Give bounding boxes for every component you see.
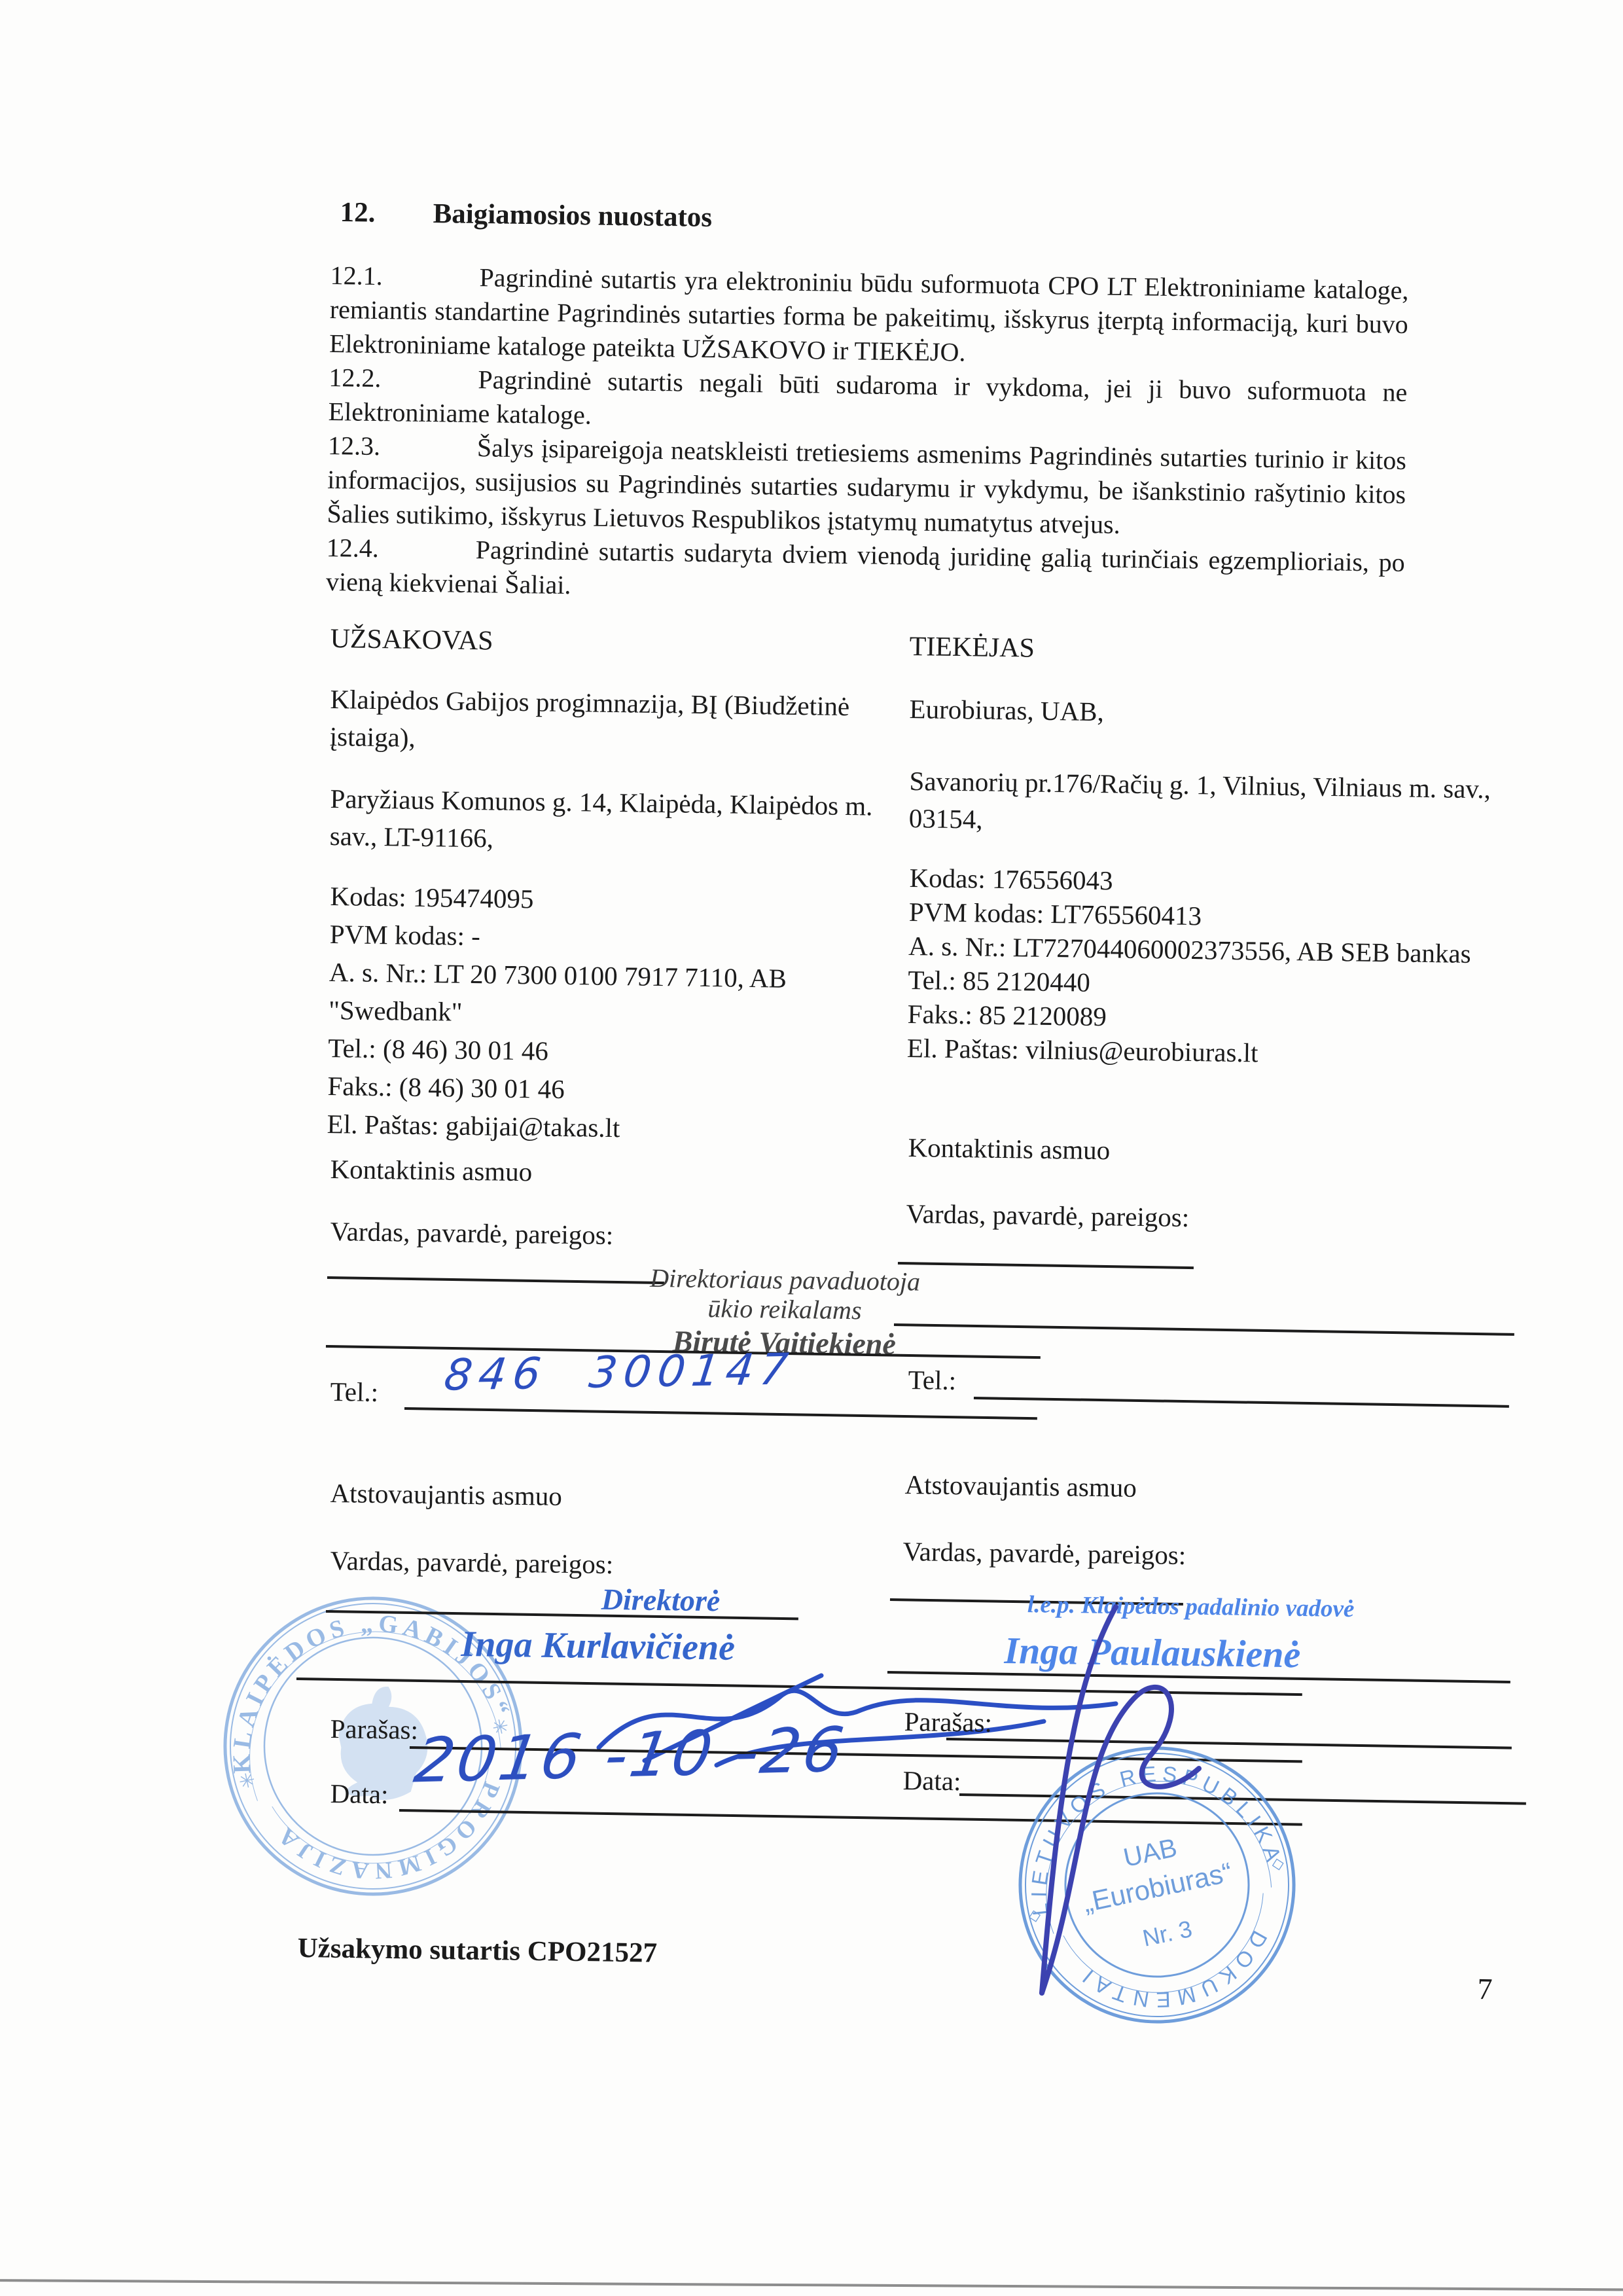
buyer-role-label: UŽSAKOVAS <box>330 622 493 658</box>
supplier-address: Savanorių pr.176/Račių g. 1, Vilnius, Vi… <box>908 762 1499 846</box>
clause-number: 12.1. <box>330 259 480 295</box>
clause-text: Pagrindinė sutartis sudaryta dviem vieno… <box>326 535 1405 600</box>
clause-12-3: 12.3.Šalys įsipareigoja neatskleisti tre… <box>327 429 1406 546</box>
section-title: Baigiamosios nuostatos <box>433 198 712 233</box>
buyer-signature-label: Parašas: <box>330 1712 418 1747</box>
supplier-tel-line <box>974 1397 1509 1408</box>
buyer-details: Kodas: 195474095 PVM kodas: - A. s. Nr.:… <box>327 877 906 1151</box>
buyer-tel-label: Tel.: <box>330 1374 378 1409</box>
supplier-name: Eurobiuras, UAB, <box>909 691 1499 736</box>
buyer-date-label: Data: <box>330 1776 389 1811</box>
clause-text: Šalys įsipareigoja neatskleisti tretiesi… <box>327 433 1406 539</box>
order-reference: Užsakymo sutartis CPO21527 <box>297 1932 657 1969</box>
supplier-date-label: Data: <box>902 1763 961 1798</box>
buyer-email: El. Paštas: gabijai@takas.lt <box>327 1105 903 1151</box>
supplier-details: Kodas: 176556043 PVM kodas: LT765560413 … <box>907 861 1499 1073</box>
buyer-tel-line <box>404 1407 1037 1420</box>
buyer-date-handwritten: 2016 -10 -26 <box>410 1714 850 1797</box>
buyer-name-fields-label: Vardas, pavardė, pareigos: <box>330 1214 613 1252</box>
section-number: 12. <box>340 196 433 230</box>
clause-text: Pagrindinė sutartis negali būti sudaroma… <box>328 365 1407 429</box>
clauses-block: 12.1.Pagrindinė sutartis yra elektronini… <box>326 259 1409 614</box>
section-heading: 12.Baigiamosios nuostatos <box>340 196 712 234</box>
clause-number: 12.4. <box>326 531 476 567</box>
clause-number: 12.3. <box>328 429 478 465</box>
clause-12-1: 12.1.Pagrindinė sutartis yra elektronini… <box>329 259 1409 376</box>
buyer-bank-account: A. s. Nr.: LT 20 7300 0100 7917 7110, AB… <box>329 953 906 1037</box>
scanned-contract-page: 12.Baigiamosios nuostatos 12.1.Pagrindin… <box>0 0 1623 2296</box>
buyer-contact-label: Kontaktinis asmuo <box>330 1152 532 1189</box>
buyer-rep-label: Atstovaujantis asmuo <box>330 1476 562 1513</box>
supplier-role-label: TIEKĖJAS <box>909 630 1035 666</box>
buyer-name: Klaipėdos Gabijos progimnazija, BĮ (Biud… <box>329 681 900 763</box>
scan-edge-line <box>0 2279 1623 2291</box>
supplier-name-fields-label: Vardas, pavardė, pareigos: <box>906 1196 1189 1234</box>
clause-text: Pagrindinė sutartis yra elektroniniu būd… <box>329 262 1409 367</box>
buyer-rep-role-stamp: Direktorė <box>516 1581 805 1619</box>
buyer-address: Paryžiaus Komunos g. 14, Klaipėda, Klaip… <box>329 780 900 863</box>
clause-12-4: 12.4.Pagrindinė sutartis sudaryta dviem … <box>326 531 1405 614</box>
contact-stamp-role-line2: ūkio reikalams <box>562 1291 1008 1327</box>
supplier-tel-label: Tel.: <box>908 1363 956 1397</box>
supplier-email: El. Paštas: vilnius@eurobiuras.lt <box>907 1031 1497 1073</box>
supplier-rep-label: Atstovaujantis asmuo <box>904 1467 1137 1505</box>
supplier-signature-label: Parašas: <box>904 1704 992 1740</box>
supplier-signature-scribble <box>982 1590 1230 2016</box>
clause-number: 12.2. <box>329 361 478 397</box>
buyer-rep-name-fields-label: Vardas, pavardė, pareigos: <box>330 1543 613 1581</box>
supplier-contact-label: Kontaktinis asmuo <box>908 1130 1110 1167</box>
buyer-tel-handwritten: 846 300147 <box>442 1344 798 1400</box>
page-number: 7 <box>1477 1971 1493 2006</box>
supplier-rep-name-fields-label: Vardas, pavardė, pareigos: <box>902 1534 1186 1572</box>
